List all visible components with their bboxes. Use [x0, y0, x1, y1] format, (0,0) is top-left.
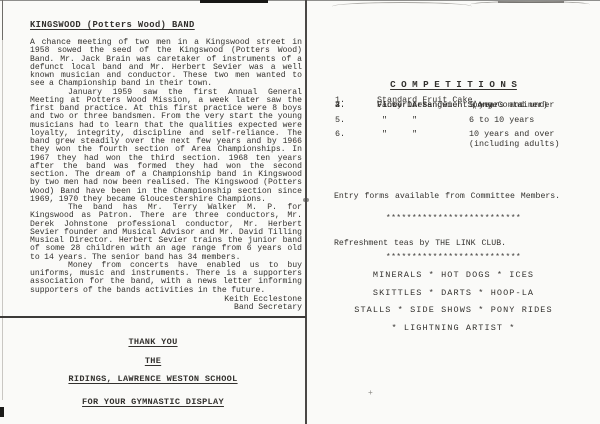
page-title: KINGSWOOD (Potters Wood) BAND	[30, 20, 302, 30]
item-age-detail: 10 years and over (including adults)	[469, 130, 575, 149]
thank-you-line: THANK YOU	[0, 337, 306, 347]
attraction-line: * LIGHTNING ARTIST *	[307, 324, 600, 334]
item-number: 6.	[335, 130, 345, 140]
right-page: C O M P E T I T I O N S 1. Standard Frui…	[307, 0, 600, 424]
competition-item: 5. " " 6 to 10 years	[307, 116, 600, 126]
history-paragraph-2: January 1959 saw the first Annual Genera…	[30, 89, 302, 205]
competitions-list: 1. Standard Fruit Cake. 2. Victoria Sand…	[307, 96, 600, 154]
left-page: KINGSWOOD (Potters Wood) BAND A chance m…	[30, 20, 302, 313]
history-paragraph-4: Money from concerts have enabled us to b…	[30, 262, 302, 295]
thank-you-line: THE	[0, 356, 306, 366]
signature-title: Band Secretary	[30, 304, 302, 313]
competitions-heading: C O M P E T I T I O N S	[307, 79, 600, 90]
entry-forms-note: Entry forms available from Committee Mem…	[334, 192, 560, 201]
refreshment-note: Refreshment teas by THE LINK CLUB.	[334, 239, 506, 248]
attraction-line: STALLS * SIDE SHOWS * PONY RIDES	[307, 306, 600, 316]
item-age-detail: 6 to 10 years	[469, 116, 575, 126]
asterisk-divider: **************************	[307, 253, 600, 262]
item-label: Fancy Dress	[377, 101, 432, 111]
item-number: 4.	[335, 101, 345, 111]
attractions-list: MINERALS * HOT DOGS * ICES SKITTLES * DA…	[307, 271, 600, 341]
competition-item: 4. Fancy Dress 5 years and under	[307, 101, 600, 111]
competition-item: 6. " " 10 years and over (including adul…	[307, 130, 600, 149]
item-ditto-marks: " "	[377, 130, 417, 140]
item-ditto-marks: " "	[377, 116, 417, 126]
scan-corner-mark	[0, 407, 4, 417]
attraction-line: SKITTLES * DARTS * HOOP-LA	[307, 289, 600, 299]
item-age-detail: 5 years and under	[469, 101, 575, 111]
item-number: 5.	[335, 116, 345, 126]
thank-you-line: FOR YOUR GYMNASTIC DISPLAY	[0, 397, 306, 407]
scan-left-edge-line	[2, 0, 3, 40]
history-paragraph-3: The band has Mr. Terry Walker M. P. for …	[30, 204, 302, 262]
signature-block: Keith Ecclestone Band Secretary	[30, 296, 302, 313]
thank-you-line: RIDINGS, LAWRENCE WESTON SCHOOL	[0, 374, 306, 384]
asterisk-divider: **************************	[307, 214, 600, 223]
attraction-line: MINERALS * HOT DOGS * ICES	[307, 271, 600, 281]
scanned-booklet-spread: + KINGSWOOD (Potters Wood) BAND A chance…	[0, 0, 600, 424]
left-page-horizontal-rule	[0, 316, 306, 318]
thank-you-block: THANK YOU THE RIDINGS, LAWRENCE WESTON S…	[0, 334, 306, 407]
scan-top-ink-blob	[200, 0, 268, 3]
history-paragraph-1: A chance meeting of two men in a Kingswo…	[30, 39, 302, 89]
